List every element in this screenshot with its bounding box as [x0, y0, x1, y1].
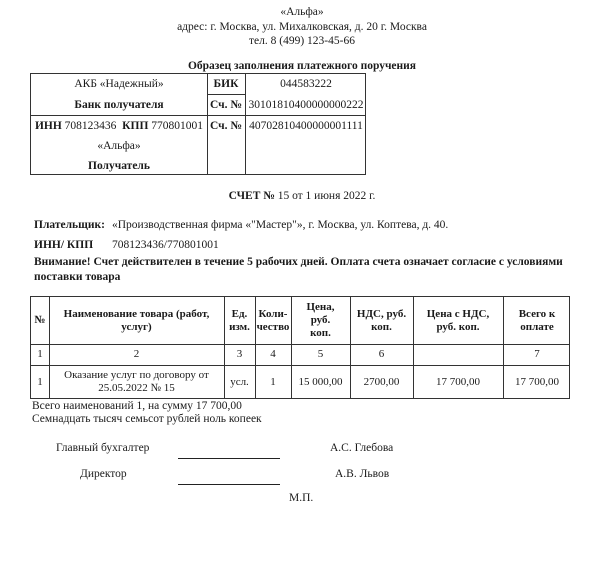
director-signature-line: [178, 484, 280, 485]
row-col-price-vat: 17 700,00: [413, 365, 503, 399]
colnum-col-no: 1: [31, 344, 49, 365]
company-phone: тел. 8 (499) 123-45-66: [0, 34, 600, 49]
inn-kpp-value: 708123436/770801001: [112, 239, 219, 251]
bik-value: 044583222: [245, 78, 367, 90]
bank-label: Банк получателя: [31, 99, 207, 111]
payer-label: Плательщик:: [34, 219, 105, 231]
payer-value: «Производственная фирма «"Мастер"», г. М…: [112, 219, 448, 231]
header-col-unit: Ед.изм.: [224, 297, 255, 344]
account-value: 40702810400000001111: [245, 120, 367, 132]
divider: [31, 115, 365, 116]
inn-label: ИНН: [35, 120, 62, 132]
director-label: Директор: [80, 468, 127, 480]
company-name: «Альфа»: [0, 5, 600, 20]
company-header: «Альфа» адрес: г. Москва, ул. Михалковск…: [0, 5, 600, 49]
accountant-name: А.С. Глебова: [330, 442, 393, 454]
director-name: А.В. Львов: [335, 468, 389, 480]
header-col-name: Наименование товара (работ,услуг): [49, 297, 224, 344]
company-address: адрес: г. Москва, ул. Михалковская, д. 2…: [0, 20, 600, 35]
divider: [207, 94, 245, 95]
row-col-total: 17 700,00: [503, 365, 571, 399]
corr-account-value: 30101810400000000222: [245, 99, 367, 111]
bank-details-table: АКБ «Надежный» Банк получателя БИК 04458…: [30, 73, 366, 175]
inn-value: 708123436: [65, 120, 117, 132]
header-col-vat: НДС, руб.коп.: [350, 297, 413, 344]
header-col-qty: Коли-чество: [255, 297, 291, 344]
items-table: №Наименование товара (работ,услуг)Ед.изм…: [30, 296, 570, 399]
colnum-col-unit: 3: [224, 344, 255, 365]
row-col-unit: усл.: [224, 365, 255, 399]
invoice-title: СЧЕТ № 15 от 1 июня 2022 г.: [0, 190, 600, 202]
header-col-price-vat: Цена с НДС,руб. коп.: [413, 297, 503, 344]
bik-label: БИК: [207, 78, 245, 90]
header-col-total: Всего коплате: [503, 297, 571, 344]
colnum-col-name: 2: [49, 344, 224, 365]
accountant-label: Главный бухгалтер: [56, 442, 149, 454]
row-col-vat: 2700,00: [350, 365, 413, 399]
summary-total-words: Семнадцать тысяч семьсот рублей ноль коп…: [32, 413, 262, 425]
header-col-no: №: [31, 297, 49, 344]
bank-name: АКБ «Надежный»: [31, 78, 207, 90]
colnum-col-price: 5: [291, 344, 350, 365]
invoice-title-label: СЧЕТ №: [229, 190, 275, 202]
stamp-place: М.П.: [289, 492, 313, 504]
kpp-label: КПП: [122, 120, 148, 132]
colnum-col-total: 7: [503, 344, 571, 365]
colnum-col-qty: 4: [255, 344, 291, 365]
inn-kpp-label: ИНН/ КПП: [34, 239, 93, 251]
summary-total: Всего наименований 1, на сумму 17 700,00: [32, 400, 242, 412]
row-col-no: 1: [31, 365, 49, 399]
recipient-label: Получатель: [31, 160, 207, 172]
row-col-price: 15 000,00: [291, 365, 350, 399]
notice-line-2: поставки товара: [34, 271, 120, 283]
notice-line-1: Внимание! Счет действителен в течение 5 …: [34, 256, 563, 268]
invoice-title-number-date: 15 от 1 июня 2022 г.: [278, 190, 376, 202]
colnum-col-price-vat: [413, 344, 503, 365]
recipient-inn-kpp: ИНН 708123436 КПП 770801001: [31, 120, 207, 132]
row-col-qty: 1: [255, 365, 291, 399]
colnum-col-vat: 6: [350, 344, 413, 365]
kpp-value: 770801001: [151, 120, 203, 132]
recipient-name: «Альфа»: [31, 140, 207, 152]
payment-sample-title: Образец заполнения платежного поручения: [0, 60, 600, 72]
account-label: Сч. №: [207, 120, 245, 132]
header-col-price: Цена,руб.коп.: [291, 297, 350, 344]
row-col-name: Оказание услуг по договору от25.05.2022 …: [49, 365, 224, 399]
accountant-signature-line: [178, 458, 280, 459]
corr-account-label: Сч. №: [207, 99, 245, 111]
